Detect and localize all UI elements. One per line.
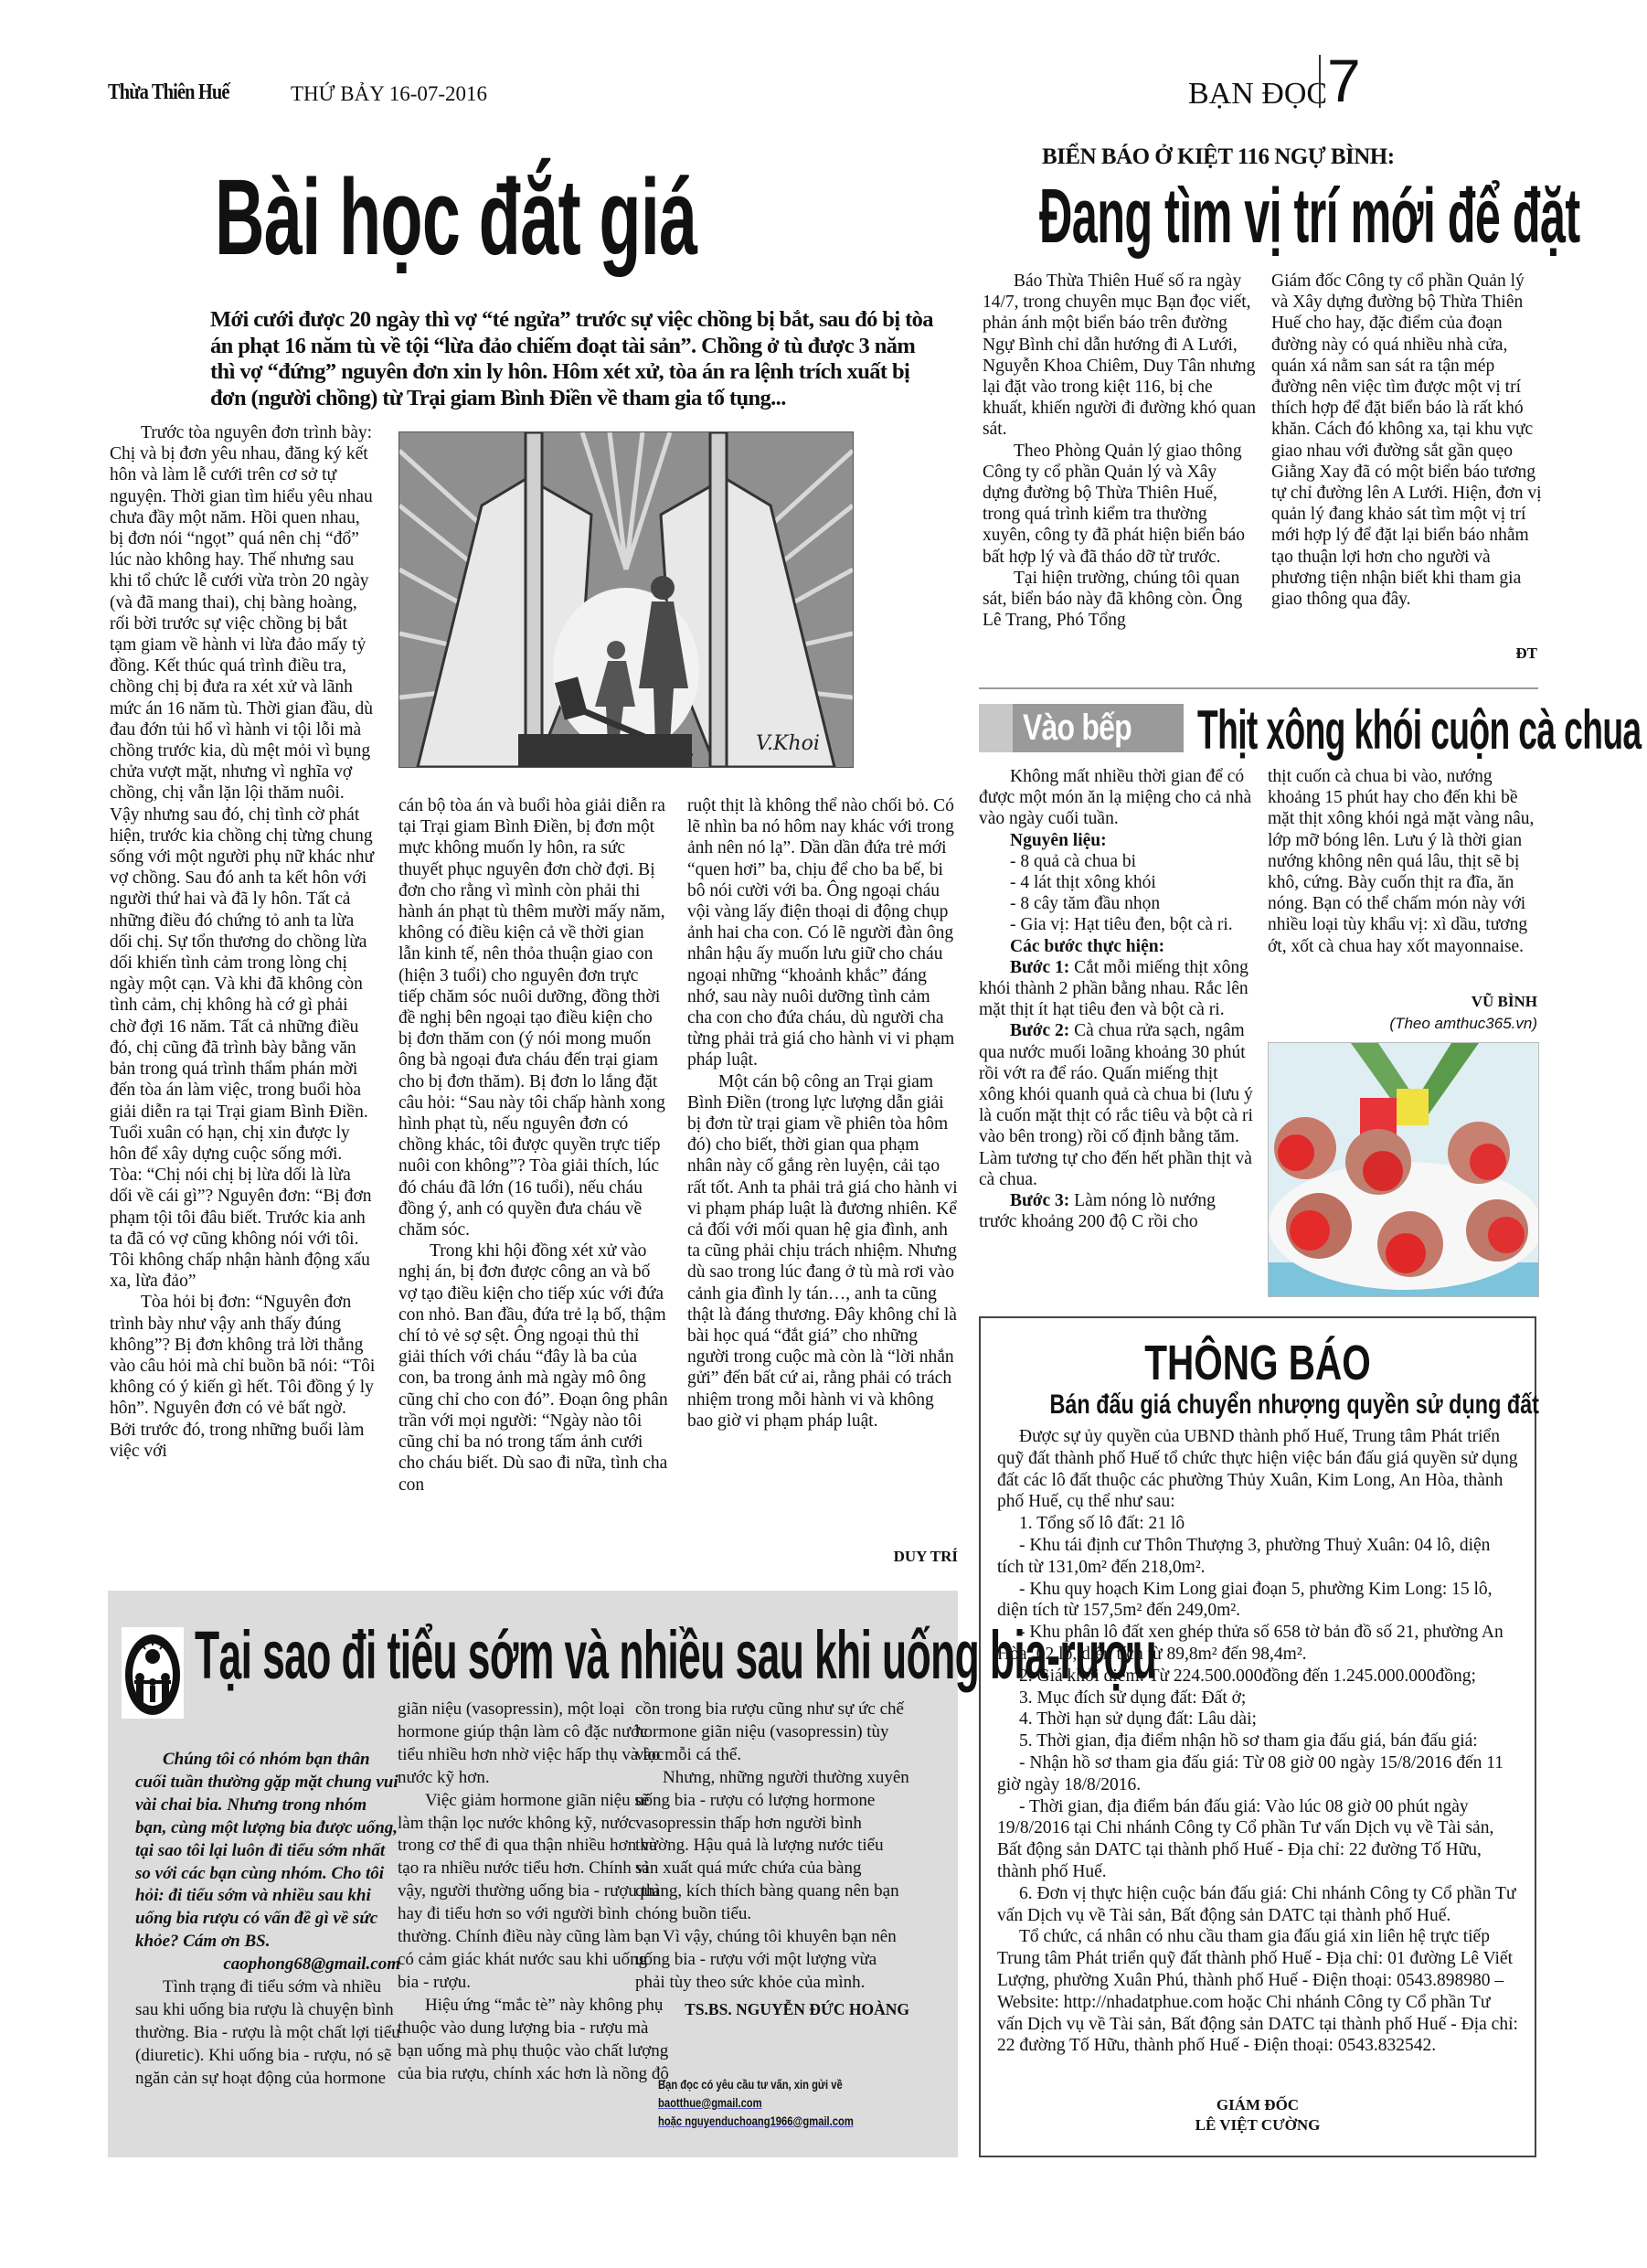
main-article-lead: Mới cưới được 20 ngày thì vợ “té ngửa” t…: [210, 307, 941, 411]
illustrator-signature: V.Khoi: [756, 732, 820, 755]
notice-title: THÔNG BÁO: [1144, 1335, 1371, 1391]
contact-email-link-alt[interactable]: hoặc nguyenduchoang1966@gmail.com: [658, 2112, 854, 2130]
notice-subtitle: Bán đấu giá chuyển nhượng quyền sử dụng …: [1050, 1390, 1539, 1421]
masthead-paper-name: Thừa Thiên Huế: [108, 80, 229, 105]
recipe-section-tag: Vào bếp: [979, 704, 1184, 752]
health-column-1: Chúng tôi có nhóm bạn thân cuối tuần thư…: [135, 1749, 400, 2091]
paragraph: Giám đốc Công ty cổ phần Quản lý và Xây …: [1271, 271, 1542, 610]
paragraph: Trong khi hội đồng xét xử vào nghị án, b…: [398, 1240, 669, 1495]
paragraph: Một cán bộ công an Trại giam Bình Điền (…: [687, 1071, 958, 1432]
page-number: 7: [1327, 46, 1361, 115]
notice-paragraph: - Nhận hồ sơ tham gia đấu giá: Từ 08 giờ…: [997, 1752, 1518, 1796]
ingredient-item: - 4 lát thịt xông khói: [979, 872, 1255, 893]
ingredients-label: Nguyên liệu:: [979, 830, 1255, 851]
main-article-byline: DUY TRÍ: [823, 1548, 958, 1566]
health-column-3: cồn trong bia rượu cũng như sự ức chế ho…: [635, 1698, 909, 2021]
sign-article-title: Đang tìm vị trí mới để đặt: [1039, 172, 1580, 261]
ingredient-item: - 8 quả cà chua bi: [979, 851, 1255, 872]
health-contact: Bạn đọc có yêu cầu tư vấn, xin gửi về ba…: [658, 2075, 854, 2130]
recipe-photo: [1268, 1042, 1539, 1297]
contact-line: Bạn đọc có yêu cầu tư vấn, xin gửi về: [658, 2075, 854, 2093]
main-article-column-3: ruột thịt là không thể nào chối bỏ. Có l…: [687, 795, 958, 1432]
bacon-tomato-dish-image-icon: [1269, 1043, 1538, 1296]
notice-paragraph: 1. Tổng số lô đất: 21 lô: [997, 1513, 1518, 1535]
sign-article-kicker: BIỂN BÁO Ở KIỆT 116 NGỰ BÌNH:: [1042, 144, 1395, 170]
paragraph: ruột thịt là không thể nào chối bỏ. Có l…: [687, 795, 958, 1071]
notice-paragraph: 5. Thời gian, địa điểm nhận hồ sơ tham g…: [997, 1730, 1518, 1752]
step-3: Bước 3: Làm nóng lò nướng trước khoảng 2…: [979, 1190, 1255, 1232]
recipe-column-2: thịt cuốn cà chua bi vào, nướng khoảng 1…: [1268, 766, 1542, 957]
paragraph: cồn trong bia rượu cũng như sự ức chế ho…: [635, 1698, 909, 1767]
recipe-column-1: Không mất nhiều thời gian để có được một…: [979, 766, 1255, 1232]
step-2: Bước 2: Cà chua rửa sạch, ngâm qua nước …: [979, 1020, 1255, 1190]
notice-paragraph: Được sự ủy quyền của UBND thành phố Huế,…: [997, 1426, 1518, 1513]
paragraph: Tại hiện trường, chúng tôi quan sát, biể…: [983, 568, 1257, 632]
step-label: Bước 1:: [1010, 958, 1069, 977]
question-asker-email: caophong68@gmail.com: [135, 1954, 400, 1976]
notice-paragraph: 6. Đơn vị thực hiện cuộc bán đấu giá: Ch…: [997, 1883, 1518, 1927]
notice-paragraph: - Khu tái định cư Thôn Thượng 3, phường …: [997, 1535, 1518, 1579]
article-illustration: V.Khoi: [398, 431, 854, 768]
paragraph: Nhưng, những người thường xuyên uống bia…: [635, 1767, 909, 1926]
recipe-title: Thịt xông khói cuộn cà chua bi: [1197, 698, 1647, 761]
notice-subtitle-wrap: Bán đấu giá chuyển nhượng quyền sử dụng …: [981, 1390, 1535, 1421]
contact-email-link[interactable]: baotthue@gmail.com: [658, 2093, 854, 2112]
paragraph: cán bộ tòa án và buổi hòa giải diễn ra t…: [398, 795, 669, 1240]
health-article-title: Tại sao đi tiểu sớm và nhiều sau khi uốn…: [195, 1616, 1156, 1694]
step-label: Bước 2:: [1010, 1021, 1069, 1040]
paragraph: Tình trạng đi tiểu sớm và nhiều sau khi …: [135, 1976, 400, 2091]
main-article-title: Bài học đắt giá: [215, 155, 697, 280]
section-name: BẠN ĐỌC: [1188, 77, 1327, 112]
sign-article-column-1: Báo Thừa Thiên Huế số ra ngày 14/7, tron…: [983, 271, 1257, 631]
paragraph: Tòa hỏi bị đơn: “Nguyên đơn trình bày nh…: [110, 1292, 377, 1462]
main-article-column-1: Trước tòa nguyên đơn trình bày: Chị và b…: [110, 422, 377, 1462]
health-column-2: giãn niệu (vasopressin), một loại hormon…: [398, 1698, 672, 2085]
health-logo: [122, 1627, 184, 1719]
recipe-section-label: Vào bếp: [1023, 708, 1132, 749]
notice-paragraph: 4. Thời hạn sử dụng đất: Lâu dài;: [997, 1709, 1518, 1730]
sign-article-byline: ĐT: [1462, 644, 1537, 663]
sign-article-column-2: Giám đốc Công ty cổ phần Quản lý và Xây …: [1271, 271, 1542, 610]
paragraph: giãn niệu (vasopressin), một loại hormon…: [398, 1698, 672, 1790]
recipe-byline: VŨ BÌNH: [1371, 993, 1537, 1011]
main-article-column-2: cán bộ tòa án và buổi hòa giải diễn ra t…: [398, 795, 669, 1496]
tag-accent: [979, 704, 1013, 752]
notice-body: Được sự ủy quyền của UBND thành phố Huế,…: [997, 1426, 1518, 2057]
step-text: Cà chua rửa sạch, ngâm qua nước muối loã…: [979, 1021, 1253, 1188]
paragraph: Báo Thừa Thiên Huế số ra ngày 14/7, tron…: [983, 271, 1257, 441]
notice-paragraph: Tổ chức, cá nhân có nhu cầu tham gia đấu…: [997, 1926, 1518, 2057]
notice-title-wrap: THÔNG BÁO: [981, 1335, 1535, 1391]
family-health-logo-icon: [122, 1627, 184, 1719]
paragraph: Việc giảm hormone giãn niệu sẽ làm thận …: [398, 1790, 672, 1995]
recipe-intro: Không mất nhiều thời gian để có được một…: [979, 766, 1255, 830]
step-label: Bước 3:: [1010, 1191, 1069, 1210]
reader-question: Chúng tôi có nhóm bạn thân cuối tuần thư…: [135, 1749, 400, 1954]
paragraph: Trước tòa nguyên đơn trình bày: Chị và b…: [110, 422, 377, 1292]
step-1: Bước 1: Cắt mỗi miếng thịt xông khói thà…: [979, 957, 1255, 1021]
paragraph: Theo Phòng Quản lý giao thông Công ty cổ…: [983, 441, 1257, 568]
issue-date: THỨ BẢY 16-07-2016: [291, 82, 487, 106]
ingredient-item: - Gia vị: Hạt tiêu đen, bột cà ri.: [979, 914, 1255, 935]
steps-label: Các bước thực hiện:: [979, 936, 1255, 957]
notice-signature: GIÁM ĐỐC LÊ VIỆT CƯỜNG: [981, 2095, 1535, 2135]
paragraph: Hiệu ứng “mắc tè” này không phụ thuộc và…: [398, 1995, 672, 2086]
paragraph: Vì vậy, chúng tôi khuyên bạn nên uống bi…: [635, 1926, 909, 1995]
ingredient-item: - 8 cây tăm đầu nhọn: [979, 893, 1255, 914]
health-byline: TS.BS. NGUYỄN ĐỨC HOÀNG: [635, 1998, 909, 2021]
prison-bars-hands-illustration-icon: [399, 432, 853, 767]
signer-name: LÊ VIỆT CƯỜNG: [981, 2115, 1535, 2135]
land-auction-notice: THÔNG BÁO Bán đấu giá chuyển nhượng quyề…: [979, 1316, 1536, 2157]
header-divider: [1319, 55, 1321, 108]
recipe-source: (Theo amthuc365.vn): [1325, 1015, 1537, 1033]
signer-title: GIÁM ĐỐC: [981, 2095, 1535, 2115]
section-divider: [979, 687, 1538, 689]
paragraph: thịt cuốn cà chua bi vào, nướng khoảng 1…: [1268, 766, 1542, 957]
notice-paragraph: - Thời gian, địa điểm bán đấu giá: Vào l…: [997, 1796, 1518, 1883]
